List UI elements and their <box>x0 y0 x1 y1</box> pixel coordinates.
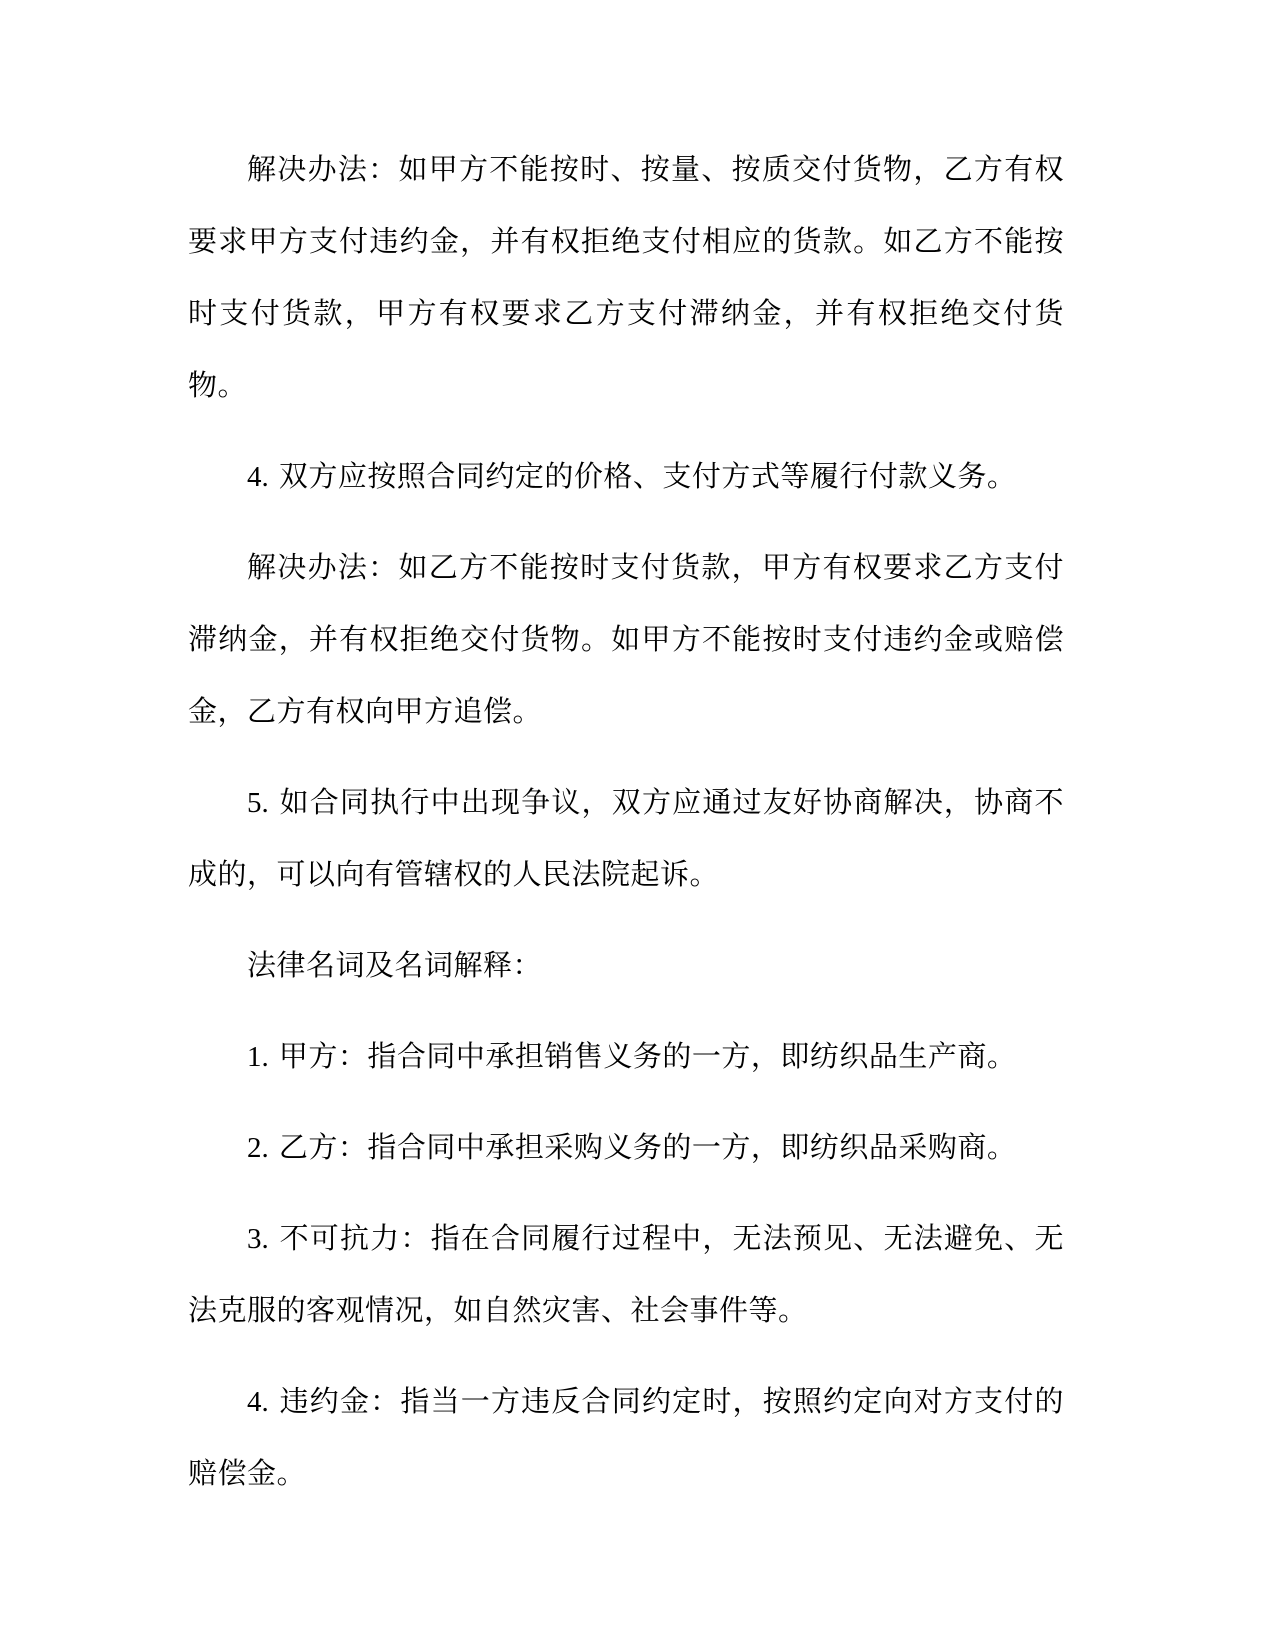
paragraph-clause-4-payment-obligation: 4.双方应按照合同约定的价格、支付方式等履行付款义务。 <box>188 441 1064 513</box>
paragraph-resolution-payment: 解决办法：如乙方不能按时支付货款，甲方有权要求乙方支付滞纳金，并有权拒绝交付货物… <box>188 532 1064 748</box>
paragraph-text: 法律名词及名词解释： <box>247 950 542 982</box>
paragraph-number: 4. <box>247 1386 269 1418</box>
paragraph-text: 解决办法：如甲方不能按时、按量、按质交付货物，乙方有权要求甲方支付违约金，并有权… <box>188 154 1064 402</box>
paragraph-number: 5. <box>247 787 269 819</box>
paragraph-number: 2. <box>247 1132 269 1164</box>
paragraph-text: 双方应按照合同约定的价格、支付方式等履行付款义务。 <box>279 461 1017 493</box>
paragraph-definition-force-majeure: 3.不可抗力：指在合同履行过程中，无法预见、无法避免、无法克服的客观情况，如自然… <box>188 1203 1064 1347</box>
document-body: 解决办法：如甲方不能按时、按量、按质交付货物，乙方有权要求甲方支付违约金，并有权… <box>188 134 1064 1529</box>
paragraph-text: 乙方：指合同中承担采购义务的一方，即纺织品采购商。 <box>279 1132 1017 1164</box>
paragraph-number: 1. <box>247 1041 269 1073</box>
paragraph-definition-penalty: 4.违约金：指当一方违反合同约定时，按照约定向对方支付的赔偿金。 <box>188 1366 1064 1510</box>
paragraph-clause-5-dispute: 5.如合同执行中出现争议，双方应通过友好协商解决，协商不成的，可以向有管辖权的人… <box>188 767 1064 911</box>
paragraph-text: 违约金：指当一方违反合同约定时，按照约定向对方支付的赔偿金。 <box>188 1386 1064 1490</box>
paragraph-text: 不可抗力：指在合同履行过程中，无法预见、无法避免、无法克服的客观情况，如自然灾害… <box>188 1223 1064 1327</box>
paragraph-text: 解决办法：如乙方不能按时支付货款，甲方有权要求乙方支付滞纳金，并有权拒绝交付货物… <box>188 552 1064 728</box>
paragraph-text: 甲方：指合同中承担销售义务的一方，即纺织品生产商。 <box>279 1041 1017 1073</box>
paragraph-definition-party-a: 1.甲方：指合同中承担销售义务的一方，即纺织品生产商。 <box>188 1021 1064 1093</box>
document-page: 解决办法：如甲方不能按时、按量、按质交付货物，乙方有权要求甲方支付违约金，并有权… <box>0 0 1275 1650</box>
paragraph-definition-party-b: 2.乙方：指合同中承担采购义务的一方，即纺织品采购商。 <box>188 1112 1064 1184</box>
paragraph-legal-terms-heading: 法律名词及名词解释： <box>188 930 1064 1002</box>
paragraph-text: 如合同执行中出现争议，双方应通过友好协商解决，协商不成的，可以向有管辖权的人民法… <box>188 787 1064 891</box>
paragraph-number: 4. <box>247 461 269 493</box>
paragraph-resolution-delivery: 解决办法：如甲方不能按时、按量、按质交付货物，乙方有权要求甲方支付违约金，并有权… <box>188 134 1064 422</box>
paragraph-number: 3. <box>247 1223 269 1255</box>
